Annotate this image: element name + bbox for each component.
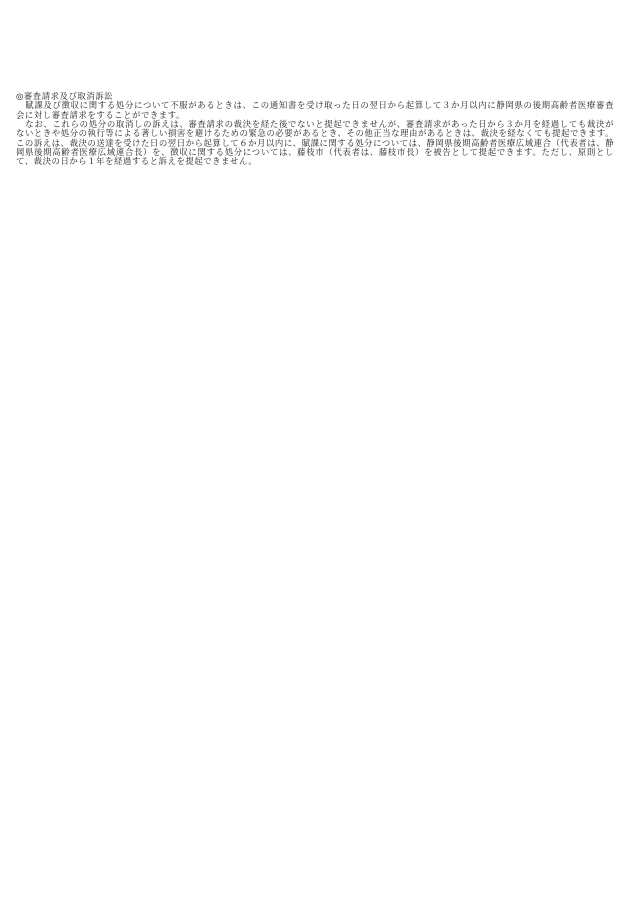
notice-paragraph-appeal: 賦課及び徴収に関する処分について不服があるときは、この通知書を受け取った日の翌日…	[16, 101, 614, 120]
appeal-notice: ◎審査請求及び取消訴訟 賦課及び徴収に関する処分について不服があるときは、この通…	[16, 92, 614, 167]
notice-paragraph-lawsuit: なお、これらの処分の取消しの訴えは、審査請求の裁決を経た後でないと提起できません…	[16, 120, 614, 167]
